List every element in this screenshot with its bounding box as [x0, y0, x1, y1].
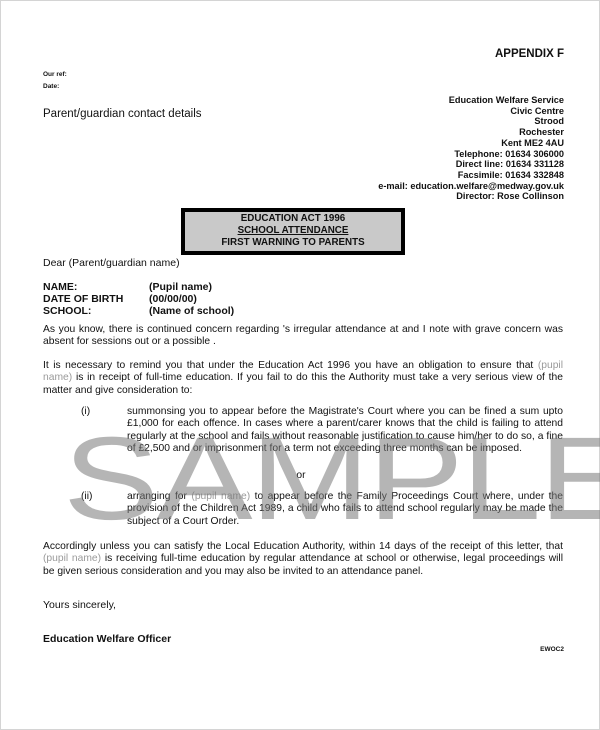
- text-run: It is necessary to remind you that under…: [43, 360, 538, 371]
- address-line: Kent ME2 4AU: [378, 138, 564, 149]
- pupil-name-placeholder: (pupil name): [191, 491, 250, 502]
- paragraph-concern: As you know, there is continued concern …: [43, 324, 563, 349]
- signatory: Education Welfare Officer: [43, 633, 171, 645]
- text-run: Accordingly unless you can satisfy the L…: [43, 541, 563, 552]
- sender-address: Education Welfare Service Civic Centre S…: [378, 95, 564, 202]
- telephone: Telephone: 01634 306000: [378, 149, 564, 160]
- title-line-1: EDUCATION ACT 1996: [185, 213, 401, 225]
- item-number: (i): [81, 406, 90, 418]
- field-row: DATE OF BIRTH (00/00/00): [43, 294, 234, 306]
- our-ref-label: Our ref:: [43, 71, 67, 78]
- consequence-item-1: (i) summonsing you to appear before the …: [81, 406, 563, 455]
- text-run: is receiving full-time education by regu…: [43, 553, 563, 576]
- field-value: (Name of school): [149, 306, 234, 318]
- director: Director: Rose Collinson: [378, 191, 564, 202]
- item-text: arranging for (pupil name) to appear bef…: [127, 491, 563, 528]
- title-line-2: SCHOOL ATTENDANCE: [185, 225, 401, 237]
- or-separator: or: [1, 470, 600, 481]
- pupil-fields: NAME: (Pupil name) DATE OF BIRTH (00/00/…: [43, 282, 234, 317]
- item-number: (ii): [81, 491, 92, 503]
- field-label: DATE OF BIRTH: [43, 294, 149, 306]
- pupil-name-placeholder: (pupil name): [43, 553, 101, 564]
- paragraph-obligation: It is necessary to remind you that under…: [43, 360, 563, 397]
- letter-title-box: EDUCATION ACT 1996 SCHOOL ATTENDANCE FIR…: [181, 208, 405, 255]
- item-text: summonsing you to appear before the Magi…: [127, 406, 563, 455]
- document-code: EWOC2: [540, 646, 564, 653]
- address-line: Strood: [378, 116, 564, 127]
- text-run: is in receipt of full-time education. If…: [43, 372, 563, 395]
- address-line: Rochester: [378, 127, 564, 138]
- title-line-3: FIRST WARNING TO PARENTS: [185, 237, 401, 249]
- email: e-mail: education.welfare@medway.gov.uk: [378, 181, 564, 192]
- text-run: arranging for: [127, 491, 191, 502]
- parent-contact-details: Parent/guardian contact details: [43, 108, 202, 120]
- address-line: Education Welfare Service: [378, 95, 564, 106]
- appendix-label: APPENDIX F: [1, 48, 564, 60]
- paragraph-accordingly: Accordingly unless you can satisfy the L…: [43, 541, 563, 578]
- field-label: SCHOOL:: [43, 306, 149, 318]
- salutation: Dear (Parent/guardian name): [43, 257, 180, 269]
- closing: Yours sincerely,: [43, 599, 116, 611]
- field-value: (00/00/00): [149, 294, 197, 306]
- address-line: Civic Centre: [378, 106, 564, 117]
- facsimile: Facsimile: 01634 332848: [378, 170, 564, 181]
- consequence-item-2: (ii) arranging for (pupil name) to appea…: [81, 491, 563, 528]
- direct-line: Direct line: 01634 331128: [378, 159, 564, 170]
- letter-page: APPENDIX F Our ref: Date: Parent/guardia…: [0, 0, 600, 730]
- field-row: SCHOOL: (Name of school): [43, 306, 234, 318]
- date-label: Date:: [43, 83, 59, 90]
